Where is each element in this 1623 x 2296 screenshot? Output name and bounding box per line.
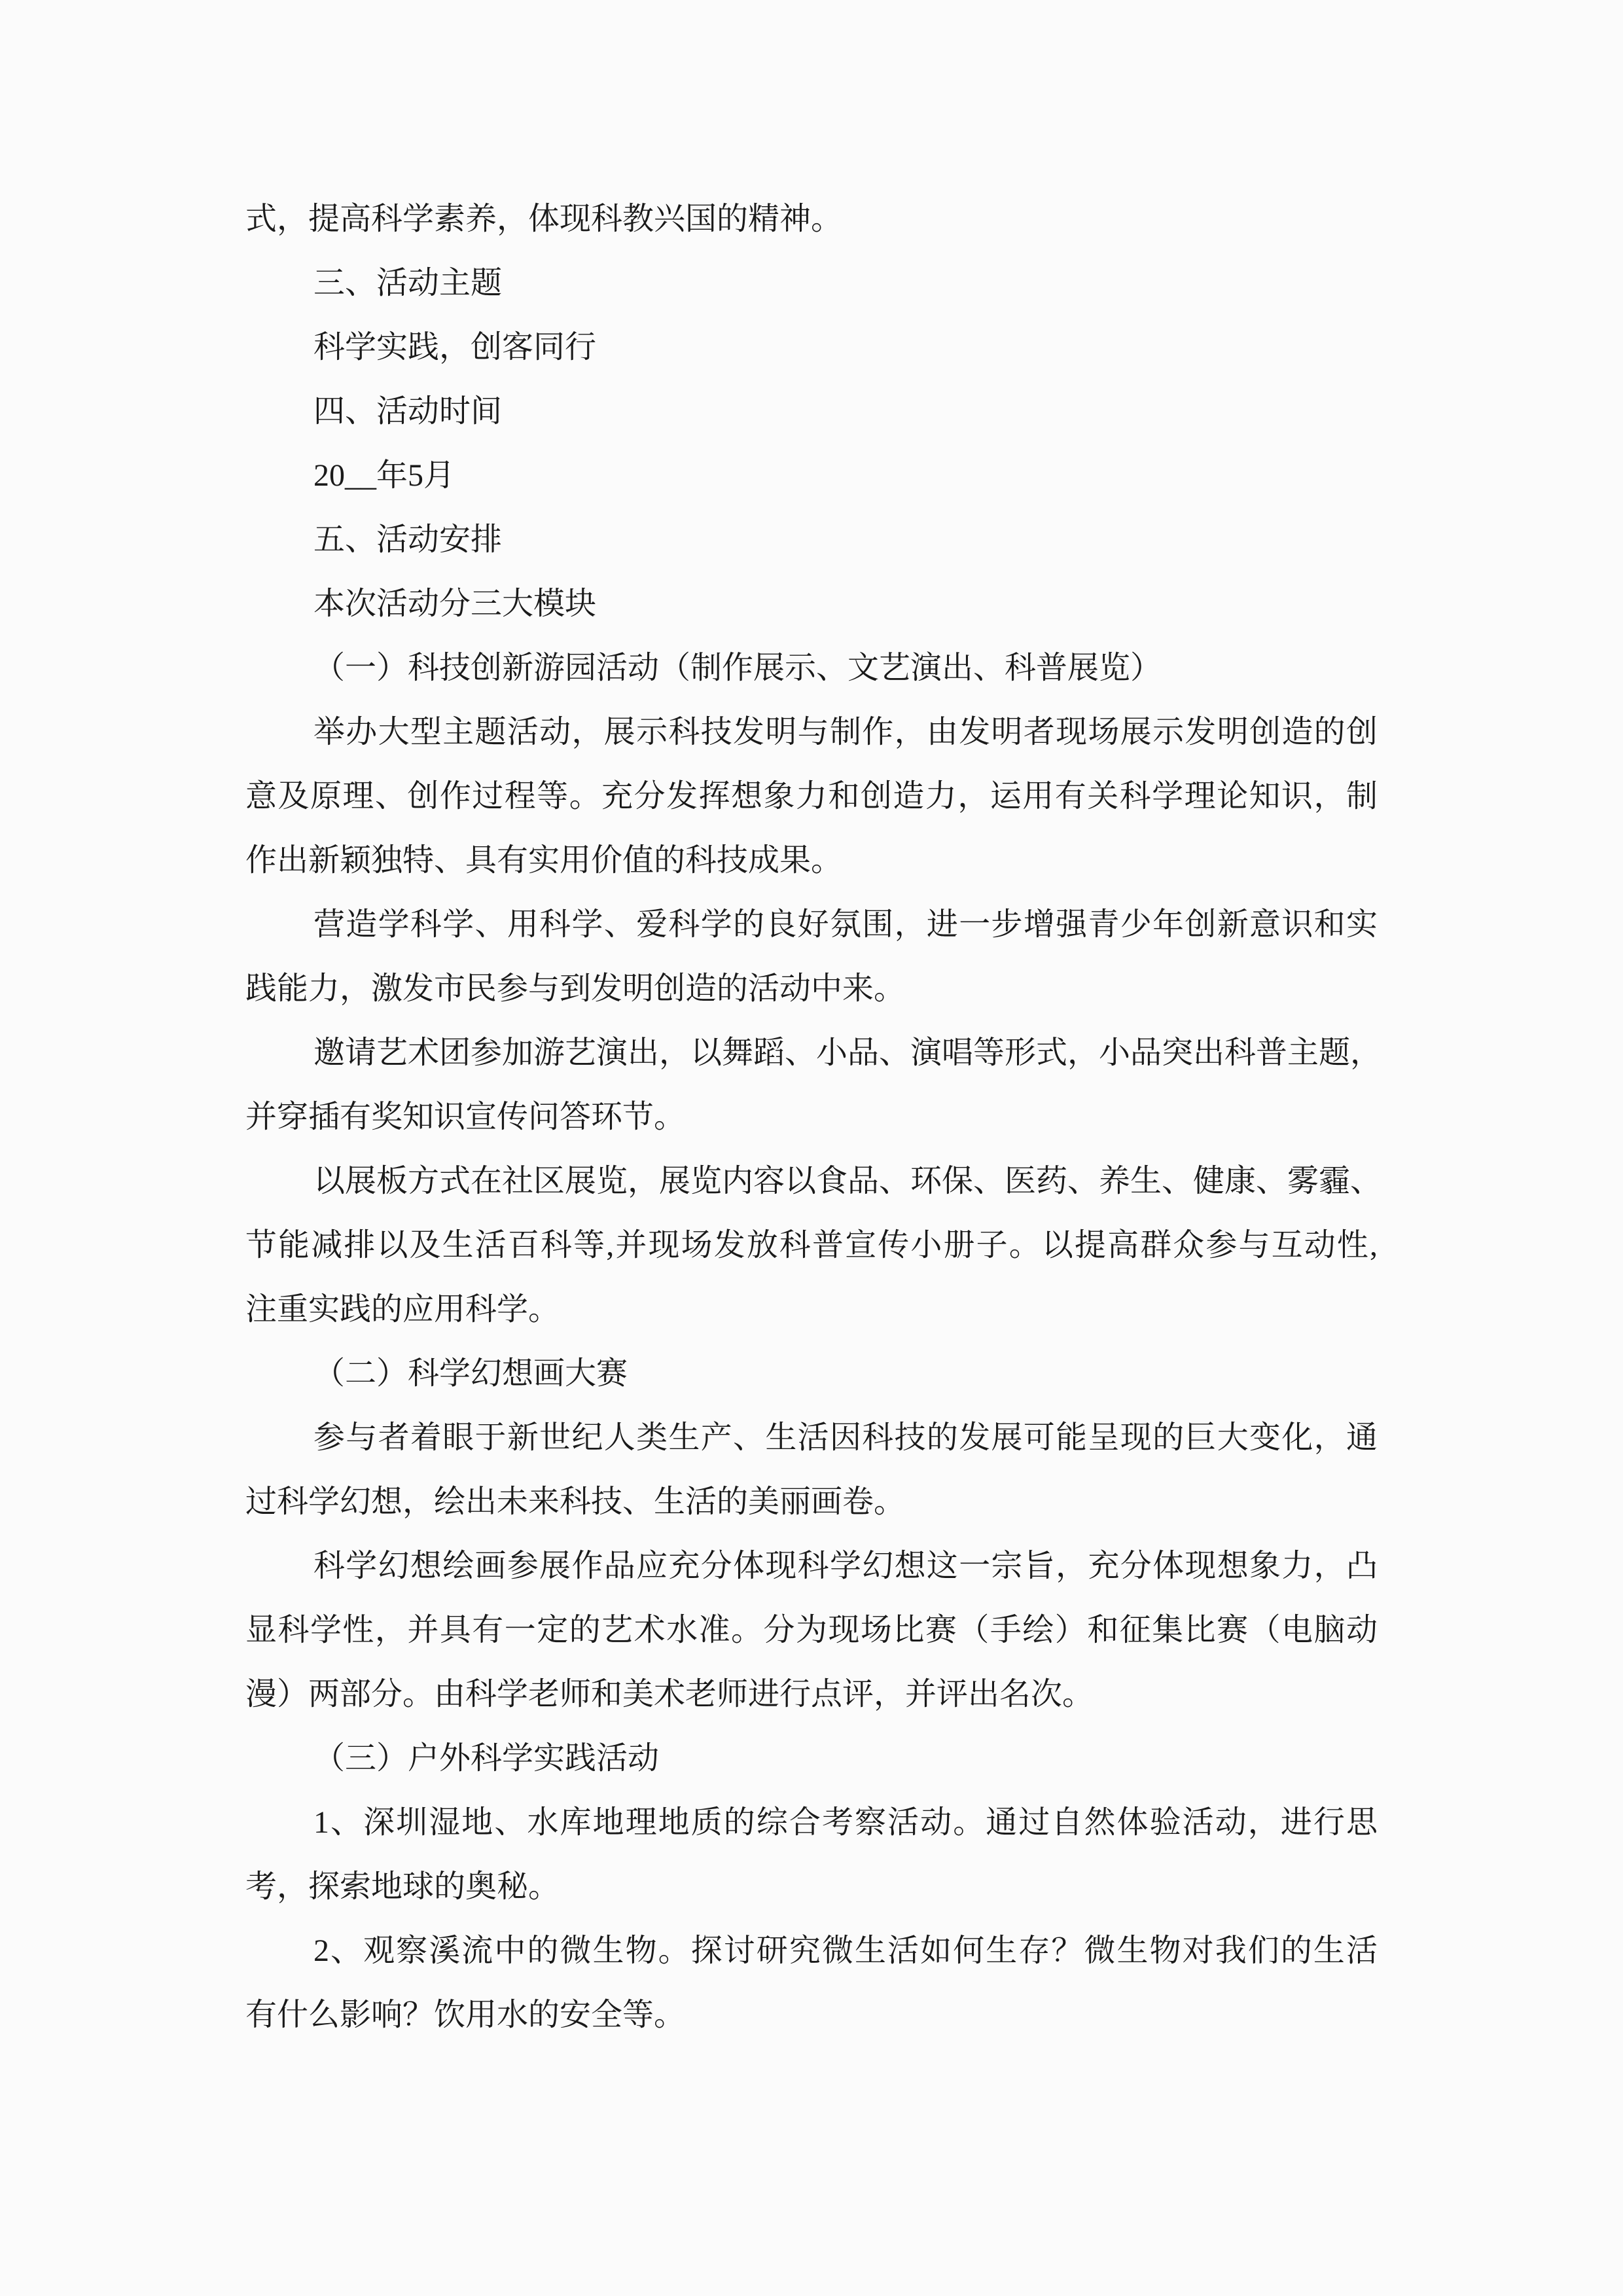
text-line-29: 有什么影响？饮用水的安全等。: [245, 1983, 1378, 2047]
text-line-12: 营造学科学、用科学、爱科学的良好氛围，进一步增强青少年创新意识和实: [245, 893, 1378, 957]
text-line-5: 20__年5月: [245, 444, 1378, 508]
text-line-26: 1、深圳湿地、水库地理地质的综合考察活动。通过自然体验活动，进行思: [245, 1791, 1378, 1855]
text-line-25: （三）户外科学实践活动: [245, 1727, 1378, 1791]
text-line-8: （一）科技创新游园活动（制作展示、文艺演出、科普展览）: [245, 636, 1378, 700]
text-line-6: 五、活动安排: [245, 508, 1378, 572]
text-line-19: （二）科学幻想画大赛: [245, 1342, 1378, 1406]
text-line-10: 意及原理、创作过程等。充分发挥想象力和创造力，运用有关科学理论知识，制: [245, 764, 1378, 829]
text-line-14: 邀请艺术团参加游艺演出，以舞蹈、小品、演唱等形式，小品突出科普主题，: [245, 1021, 1378, 1085]
text-line-13: 践能力，激发市民参与到发明创造的活动中来。: [245, 957, 1378, 1021]
text-line-21: 过科学幻想，绘出未来科技、生活的美丽画卷。: [245, 1470, 1378, 1534]
text-line-23: 显科学性，并具有一定的艺术水准。分为现场比赛（手绘）和征集比赛（电脑动: [245, 1598, 1378, 1662]
text-line-7: 本次活动分三大模块: [245, 572, 1378, 636]
text-line-17: 节能减排以及生活百科等,并现场发放科普宣传小册子。以提高群众参与互动性,: [245, 1213, 1378, 1278]
text-line-20: 参与者着眼于新世纪人类生产、生活因科技的发展可能呈现的巨大变化，通: [245, 1406, 1378, 1470]
text-line-3: 科学实践，创客同行: [245, 315, 1378, 380]
text-line-28: 2、观察溪流中的微生物。探讨研究微生活如何生存？微生物对我们的生活: [245, 1919, 1378, 1983]
document-page: 式，提高科学素养，体现科教兴国的精神。 三、活动主题 科学实践，创客同行 四、活…: [245, 187, 1378, 2047]
text-line-27: 考，探索地球的奥秘。: [245, 1855, 1378, 1919]
text-line-9: 举办大型主题活动，展示科技发明与制作，由发明者现场展示发明创造的创: [245, 700, 1378, 764]
text-line-15: 并穿插有奖知识宣传问答环节。: [245, 1085, 1378, 1149]
text-line-18: 注重实践的应用科学。: [245, 1278, 1378, 1342]
text-line-11: 作出新颖独特、具有实用价值的科技成果。: [245, 829, 1378, 893]
text-line-24: 漫）两部分。由科学老师和美术老师进行点评，并评出名次。: [245, 1662, 1378, 1727]
text-line-22: 科学幻想绘画参展作品应充分体现科学幻想这一宗旨，充分体现想象力，凸: [245, 1534, 1378, 1598]
text-line-1: 式，提高科学素养，体现科教兴国的精神。: [245, 187, 1378, 251]
text-line-2: 三、活动主题: [245, 251, 1378, 315]
text-line-4: 四、活动时间: [245, 380, 1378, 444]
text-line-16: 以展板方式在社区展览，展览内容以食品、环保、医药、养生、健康、雾霾、: [245, 1149, 1378, 1213]
